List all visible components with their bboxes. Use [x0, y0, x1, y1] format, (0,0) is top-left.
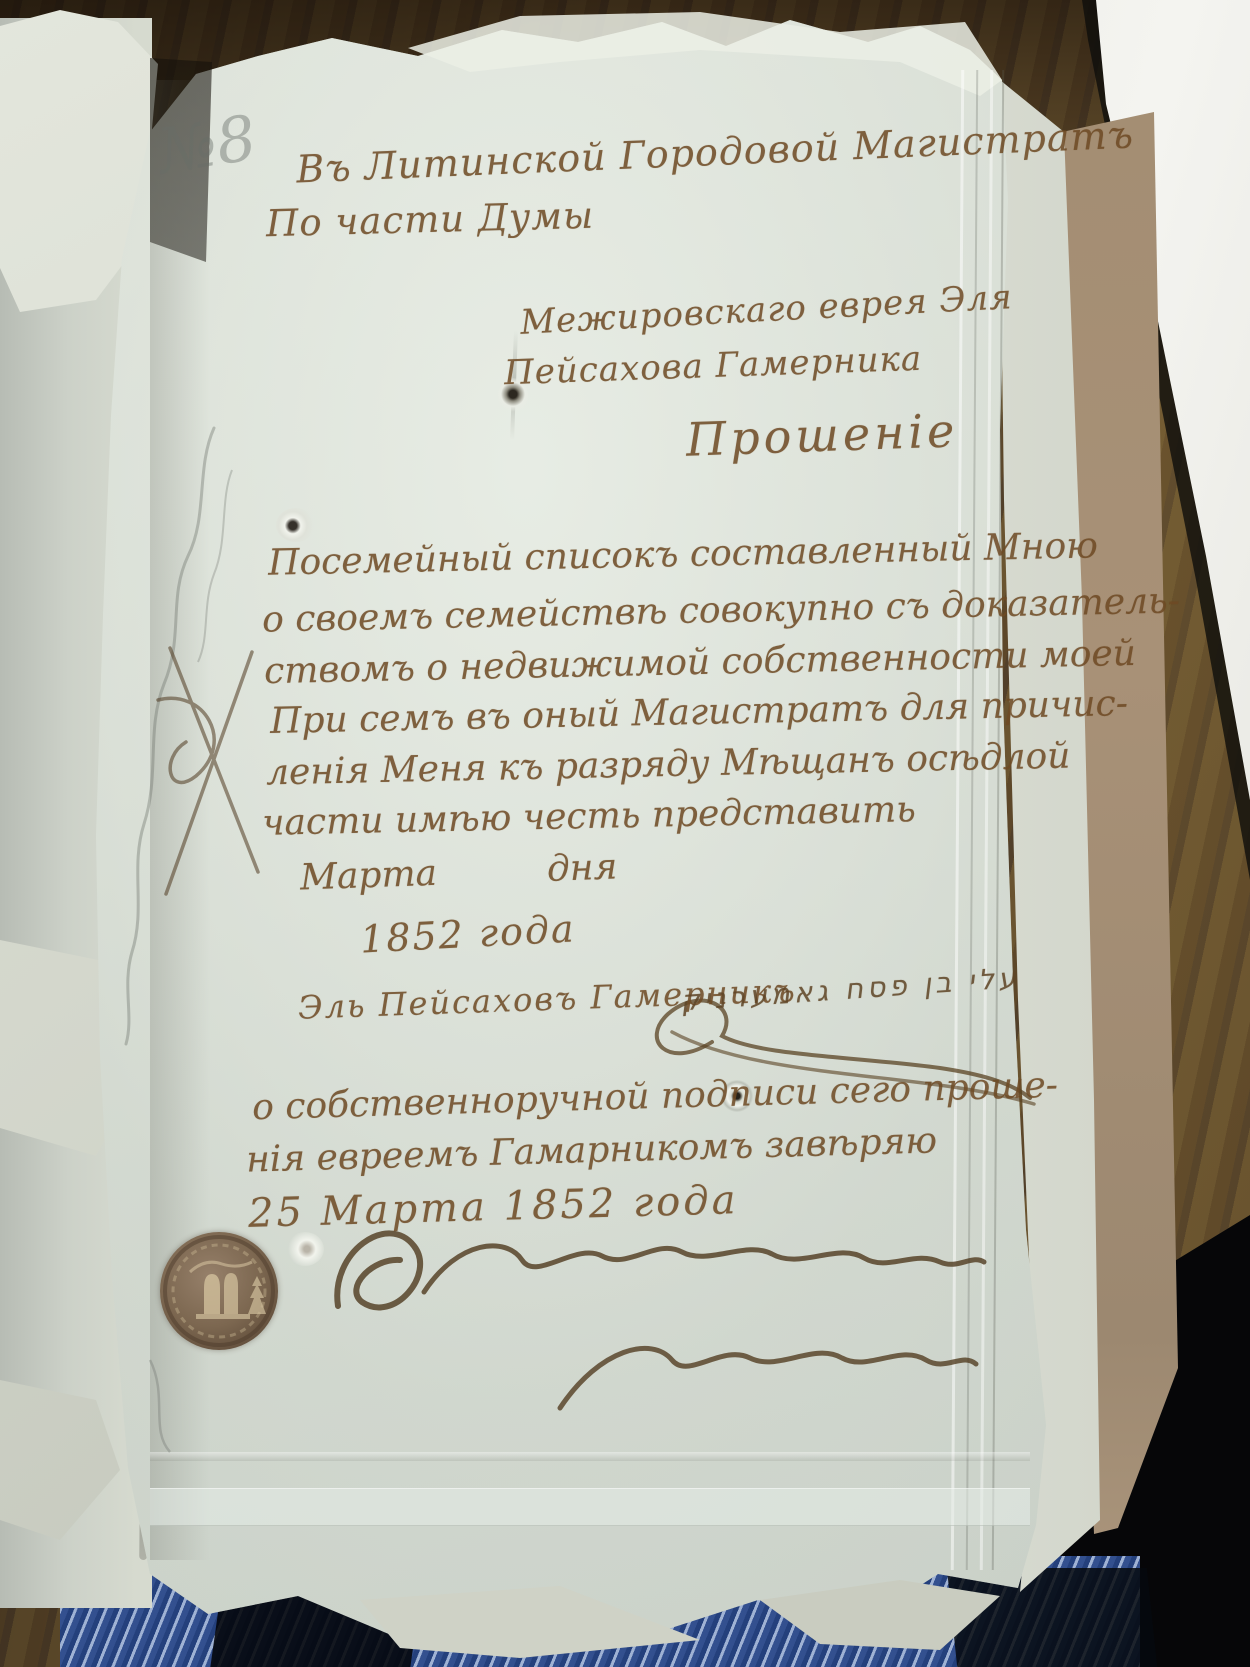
petition-title: Прошеніе: [685, 403, 959, 466]
fabric-shadow-right: [947, 1568, 1157, 1667]
header-line-2: По части Думы: [265, 194, 594, 246]
archival-document-photo: №8 Въ Литинской Городовой Магистратъ По …: [0, 0, 1250, 1667]
paper-hole-2: [276, 508, 316, 542]
seal-emblem: [160, 1232, 278, 1350]
dateline-day-word: дня: [546, 846, 618, 889]
pencil-folio-number: №8: [153, 101, 261, 188]
horizontal-crease: [150, 1452, 1030, 1461]
round-ink-seal: [160, 1232, 278, 1350]
repair-tape-band: [150, 1488, 1030, 1526]
dateline-month: Марта: [299, 853, 437, 899]
paper-hole-4: [286, 1232, 324, 1266]
